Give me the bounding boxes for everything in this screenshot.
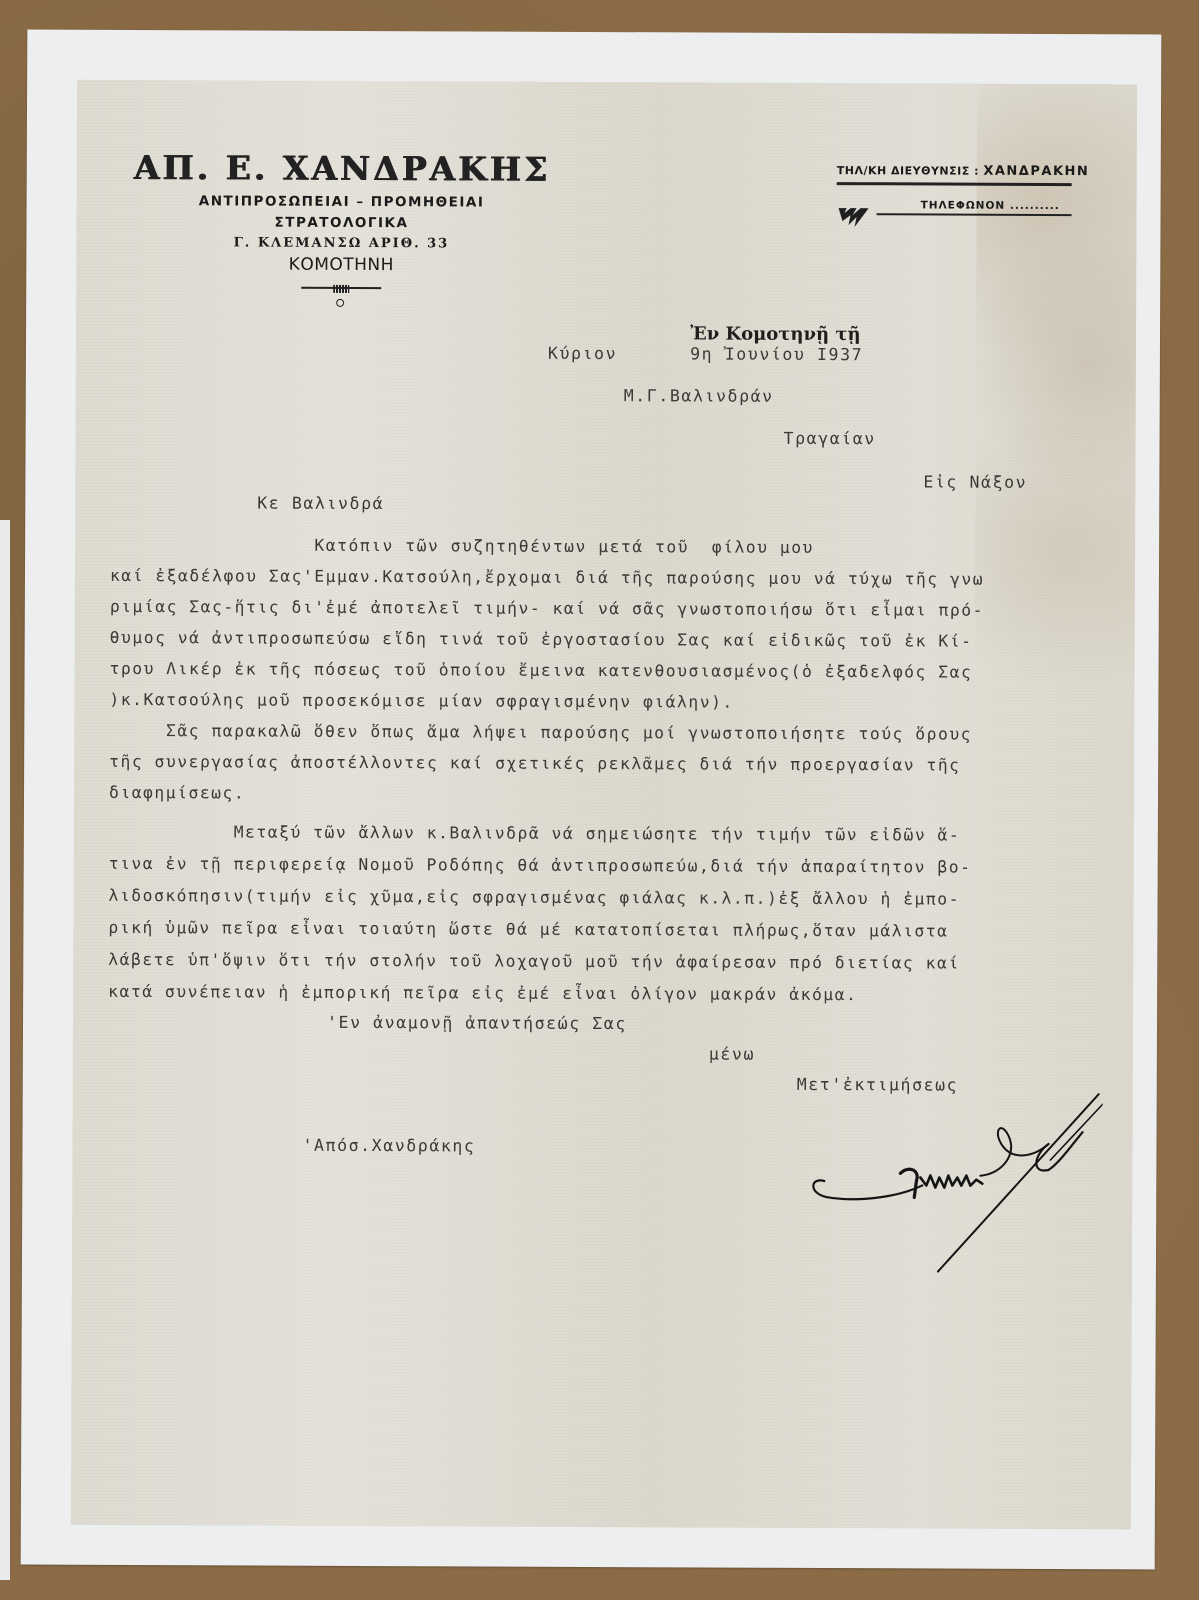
telegraphic-value: ΧΑΝΔΡΑΚΗΝ [983,164,1089,179]
body-line: Σᾶς παρακαλῶ ὅθεν ὅπως ἅμα λήψει παρούση… [109,721,972,744]
phone-row: ΤΗΛΕΦΩΝΟΝ .......... [837,199,1137,228]
body-line: Μεταξύ τῶν ἄλλων κ.Βαλινδρᾶ νά σημειώσητ… [109,822,960,845]
body-line: λιδοσκόπησιν(τιμήν εἰς χῦμα,εἰς σφραγισμ… [109,886,960,909]
body-line: τῆς συνεργασίας ἀποστέλλοντες καί σχετικ… [109,752,960,775]
body-line: τρου Λικέρ ἐκ τῆς πόσεως τοῦ ὁποίου ἔμει… [110,659,973,682]
adjacent-frame-edge [0,520,10,1580]
divider [837,182,1072,186]
company-surname: ΧΑΝΔΡΑΚΗΣ [282,149,550,189]
company-city: ΚΟΜΟΤΗΝΗ [116,254,566,276]
body-line: )κ.Κατσούλης μοῦ προσεκόμισε μίαν σφραγι… [109,690,733,712]
telegraphic-address: ΤΗΛ/ΚΗ ΔΙΕΥΘΥΝΣΙΣ : ΧΑΝΔΡΑΚΗΝ [837,163,1137,179]
closing-line: μένω [709,1045,755,1064]
company-address: Γ. ΚΛΕΜΑΝΣΩ ΑΡΙΘ. 33 [116,235,566,252]
dateline: Ἐν Κομοτηνῇ τῇ 9η Ἰουνίου Ι937 [621,304,864,383]
body-line: διαφημίσεως. [109,783,245,803]
recipient-title: Κύριον [548,344,617,363]
phone-field: ΤΗΛΕΦΩΝΟΝ .......... [921,199,1060,212]
body-line: θυμος νά ἀντιπροσωπεύσω εἴδη τινά τοῦ ἐρ… [110,628,973,651]
greeting: Κε Βαλινδρά [257,494,384,514]
body-line: τινα ἐν τῇ περιφερείᾳ Νομοῦ Ροδόπης θά ἀ… [109,854,972,877]
recipient-place: Τραγαίαν [784,429,876,448]
mount-paper: ΑΠ. Ε. ΧΑΝΔΡΑΚΗΣ ΑΝΤΙΠΡΟΣΩΠΕΙΑΙ – ΠΡΟΜΗΘ… [21,30,1162,1570]
body-line: ριμίας Σας-ἥτις δι'ἐμέ ἀποτελεῖ τιμήν- κ… [110,597,984,620]
letterhead-block: ΑΠ. Ε. ΧΑΝΔΡΑΚΗΣ ΑΝΤΙΠΡΟΣΩΠΕΙΑΙ – ΠΡΟΜΗΘ… [116,148,567,312]
business-lines: ΑΝΤΙΠΡΟΣΩΠΕΙΑΙ – ΠΡΟΜΗΘΕΙΑΙ [117,193,567,211]
sender-name: 'Απόσ.Χανδράκης [302,1136,475,1156]
business-category: ΣΤΡΑΤΟΛΟΓΙΚΑ [116,214,566,232]
handwritten-signature-icon [802,1073,1103,1284]
body-line: λάβετε ὑπ'ὄψιν ὅτι τήν στολήν τοῦ λοχαγο… [108,950,959,973]
company-initials: ΑΠ. Ε. [133,148,268,188]
divider [877,213,1072,216]
dateline-date: 9η Ἰουνίου Ι937 [690,344,863,364]
telegraphic-label: ΤΗΛ/ΚΗ ΔΙΕΥΘΥΝΣΙΣ : [837,164,979,178]
contact-block: ΤΗΛ/ΚΗ ΔΙΕΥΘΥΝΣΙΣ : ΧΑΝΔΡΑΚΗΝ ΤΗΛΕΦΩΝΟΝ … [837,163,1137,228]
phone-value: .......... [1010,199,1060,211]
phone-label: ΤΗΛΕΦΩΝΟΝ [921,199,1006,211]
ornament-icon [301,281,381,311]
recipient-name: Μ.Γ.Βαλινδράν [624,386,774,406]
body-line: ρική ὑμῶν πεῖρα εἶναι τοιαύτη ὥστε θά μέ… [108,918,948,941]
company-logo-icon [836,205,876,229]
recipient-island: Εἰς Νάξον [923,472,1027,491]
letter-sheet: ΑΠ. Ε. ΧΑΝΔΡΑΚΗΣ ΑΝΤΙΠΡΟΣΩΠΕΙΑΙ – ΠΡΟΜΗΘ… [71,80,1137,1530]
closing-line: 'Εν ἀναμονῇ ἀπαντήσεώς Σας [327,1013,627,1033]
company-name: ΑΠ. Ε. ΧΑΝΔΡΑΚΗΣ [117,148,567,189]
body-line: κατά συνέπειαν ἡ ἐμπορική πεῖρα εἰς ἐμέ … [108,982,857,1004]
body-line: καί ἐξαδέλφου Σας'Εμμαν.Κατσούλη,ἔρχομαι… [110,566,984,589]
body-line: Κατόπιν τῶν συζητηθέντων μετά τοῦ φίλου … [110,535,814,557]
dateline-prefix: Ἐν Κομοτηνῇ τῇ [690,323,860,345]
